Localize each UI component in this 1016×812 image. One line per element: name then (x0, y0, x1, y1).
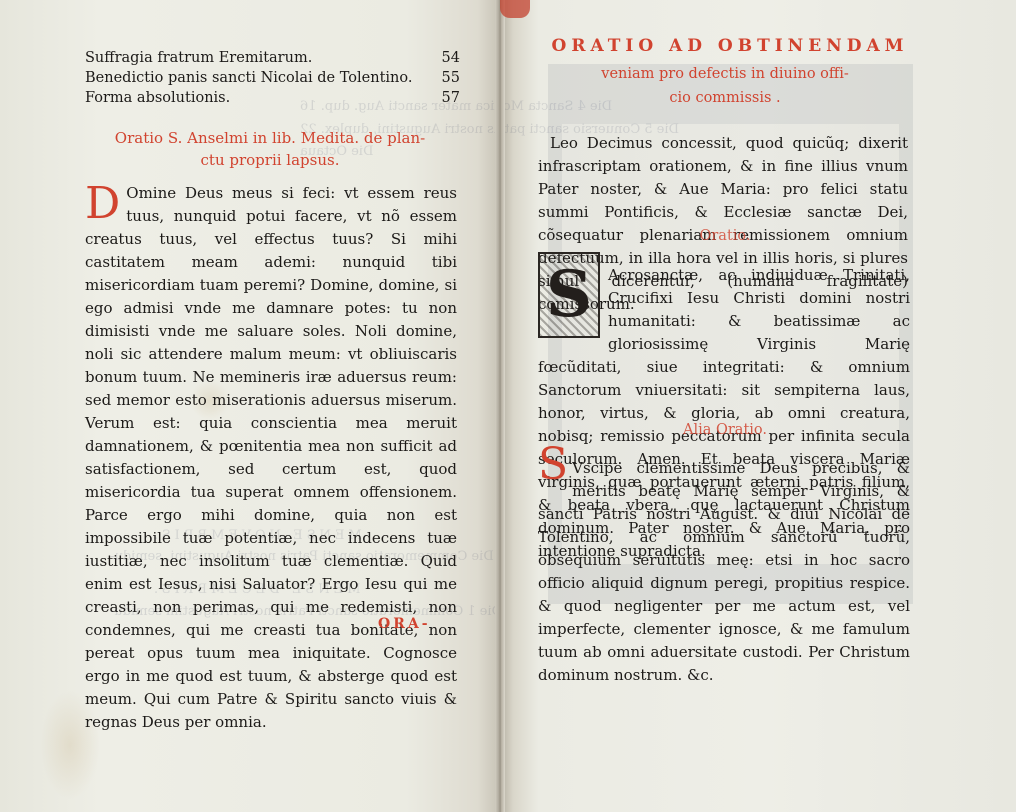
toc-entry: Suffragia fratrum Eremitarum. 54 (85, 48, 460, 68)
page-subtitle-line: cio commissis . (560, 86, 890, 110)
section-heading-oratio: Oratio. (560, 228, 890, 244)
alia-oratio-body: S Vscipe clementissime Deus precibus, & … (538, 442, 910, 702)
alia-oratio-text: Vscipe clementissime Deus precibus, & me… (538, 457, 910, 687)
prayer-heading-line: Oratio S. Anselmi in lib. Medita. de pla… (85, 127, 455, 149)
catchword: ORA- (378, 616, 431, 632)
toc-entry: Forma absolutionis. 57 (85, 88, 460, 108)
ornamental-initial-icon: S (538, 252, 600, 338)
prayer-body: D Omine Deus meus si feci: vt essem reus… (85, 182, 457, 734)
book-gutter (495, 0, 505, 812)
drop-cap-initial: D (85, 184, 120, 224)
toc-entry-page: 54 (442, 48, 460, 68)
prayer-heading: Oratio S. Anselmi in lib. Medita. de pla… (85, 127, 455, 171)
prayer-text: Omine Deus meus si feci: vt essem reus t… (85, 182, 457, 734)
left-page: Die 4 Sancta Monica mater sancti Aug. du… (0, 0, 495, 812)
drop-cap-initial: S (538, 444, 568, 486)
toc-entry: Benedictio panis sancti Nicolai de Tolen… (85, 68, 460, 88)
page-subtitle-line: veniam pro defectis in diuino offi- (560, 62, 890, 86)
toc-entry-title: Forma absolutionis. (85, 88, 230, 108)
toc-entry-page: 57 (442, 88, 460, 108)
page-subtitle: veniam pro defectis in diuino offi- cio … (560, 62, 890, 110)
table-of-contents: Suffragia fratrum Eremitarum. 54 Benedic… (85, 48, 460, 108)
open-book-spread: Die 4 Sancta Monica mater sancti Aug. du… (0, 0, 1016, 812)
prayer-heading-line: ctu proprii lapsus. (85, 149, 455, 171)
section-heading-alia-oratio: Alia Oratio. (560, 422, 890, 438)
toc-entry-title: Benedictio panis sancti Nicolai de Tolen… (85, 68, 412, 88)
page-title: ORATIO AD OBTINENDAM (530, 36, 930, 56)
toc-entry-page: 55 (442, 68, 460, 88)
toc-entry-title: Suffragia fratrum Eremitarum. (85, 48, 312, 68)
